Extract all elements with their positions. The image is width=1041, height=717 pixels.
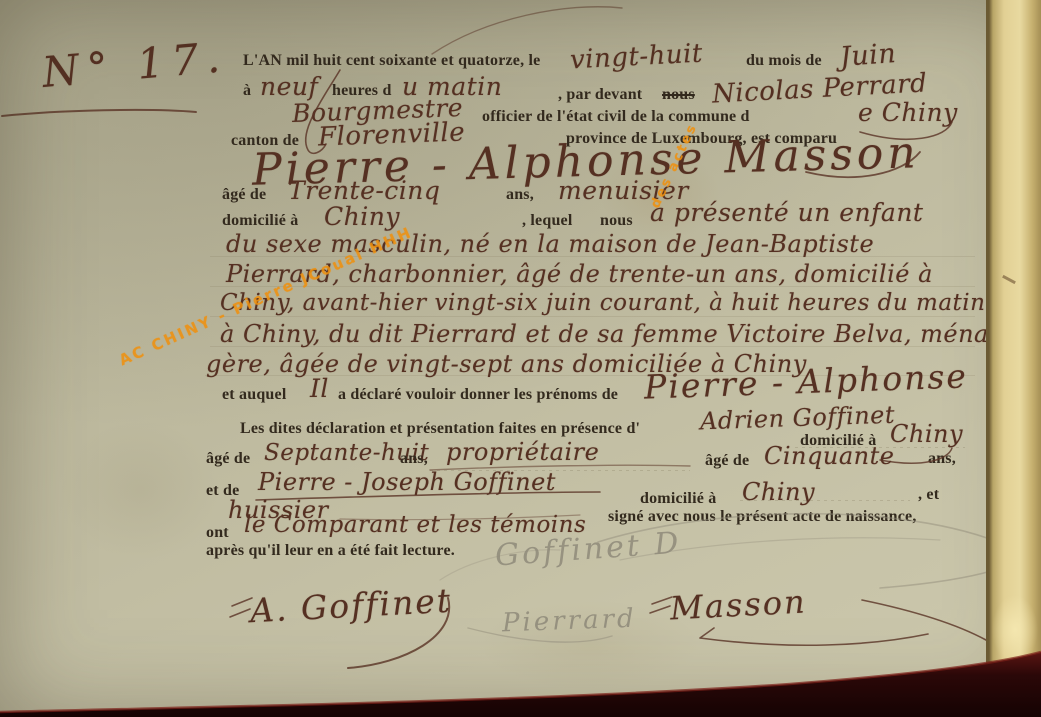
handwritten-witness2: Pierre - Joseph Goffinet bbox=[258, 468, 556, 496]
handwritten-domicile: Chiny bbox=[324, 202, 400, 231]
printed-text: âgé de bbox=[705, 452, 749, 470]
signature-goffinet: A. Goffinet bbox=[249, 581, 453, 631]
paper-stain bbox=[60, 420, 220, 560]
handwritten-month: Juin bbox=[839, 38, 897, 73]
handwritten-body-line: à Chiny, du dit Pierrard et de sa femme … bbox=[220, 320, 997, 348]
printed-text: a déclaré vouloir donner les prénoms de bbox=[338, 386, 618, 404]
handwritten-text: a présenté un enfant bbox=[650, 198, 923, 227]
printed-text: nous bbox=[600, 212, 633, 230]
handwritten-commune: e Chiny bbox=[858, 98, 958, 127]
printed-text: domicilié à bbox=[640, 490, 716, 508]
handwritten-profession: propriétaire bbox=[446, 438, 599, 466]
act-number: N° 17. bbox=[40, 32, 229, 97]
handwritten-hour: neuf bbox=[260, 72, 318, 101]
handwritten-age: Cinquante bbox=[764, 442, 894, 470]
handwritten-witness1: Adrien Goffinet bbox=[700, 401, 896, 436]
signature-pierrard: Pierrard bbox=[502, 604, 638, 639]
printed-text: ont bbox=[206, 524, 229, 542]
printed-text: du mois de bbox=[746, 52, 822, 70]
signature-masson: Masson bbox=[669, 582, 807, 627]
handwritten-age: Trente-cinq bbox=[288, 176, 440, 205]
handwritten-body-line: du sexe masculin, né en la maison de Jea… bbox=[226, 230, 874, 258]
printed-text: à bbox=[243, 82, 251, 100]
ruled-line bbox=[210, 316, 975, 317]
printed-text: âgé de bbox=[206, 450, 250, 468]
flourish bbox=[862, 600, 986, 640]
handwritten-domicile: Chiny bbox=[742, 478, 815, 506]
printed-text: , lequel bbox=[522, 212, 573, 230]
printed-text: Les dites déclaration et présentation fa… bbox=[240, 420, 640, 438]
handwritten-day: vingt-huit bbox=[569, 39, 703, 76]
printed-text: domicilié à bbox=[222, 212, 298, 230]
printed-text: L'AN mil huit cent soixante et quatorze,… bbox=[243, 52, 540, 70]
printed-text: ans, bbox=[928, 450, 956, 468]
printed-text: après qu'il leur en a été fait lecture. bbox=[206, 542, 455, 560]
handwritten-text: le Comparant et les témoins bbox=[244, 512, 586, 538]
printed-text: âgé de bbox=[222, 186, 266, 204]
printed-text: officier de l'état civil de la commune d bbox=[482, 108, 750, 126]
printed-text: , et bbox=[918, 486, 939, 504]
next-page-edge bbox=[986, 0, 1041, 717]
printed-text: ans, bbox=[506, 186, 534, 204]
handwritten-body-line: Chiny, avant-hier vingt-six juin courant… bbox=[220, 290, 985, 316]
flourish bbox=[2, 110, 196, 116]
flourish bbox=[700, 628, 928, 645]
printed-text-struck: nous bbox=[662, 86, 695, 104]
printed-text: , par devant bbox=[558, 86, 642, 104]
handwritten-domicile: Chiny bbox=[890, 420, 963, 448]
handwritten-text: Il bbox=[310, 374, 329, 403]
document-photo: N° 17. L'AN mil huit cent soixante et qu… bbox=[0, 0, 1041, 717]
printed-text: signé avec nous le présent acte de naiss… bbox=[608, 508, 917, 526]
printed-text: ans, bbox=[400, 450, 428, 468]
printed-text: et auquel bbox=[222, 386, 286, 404]
